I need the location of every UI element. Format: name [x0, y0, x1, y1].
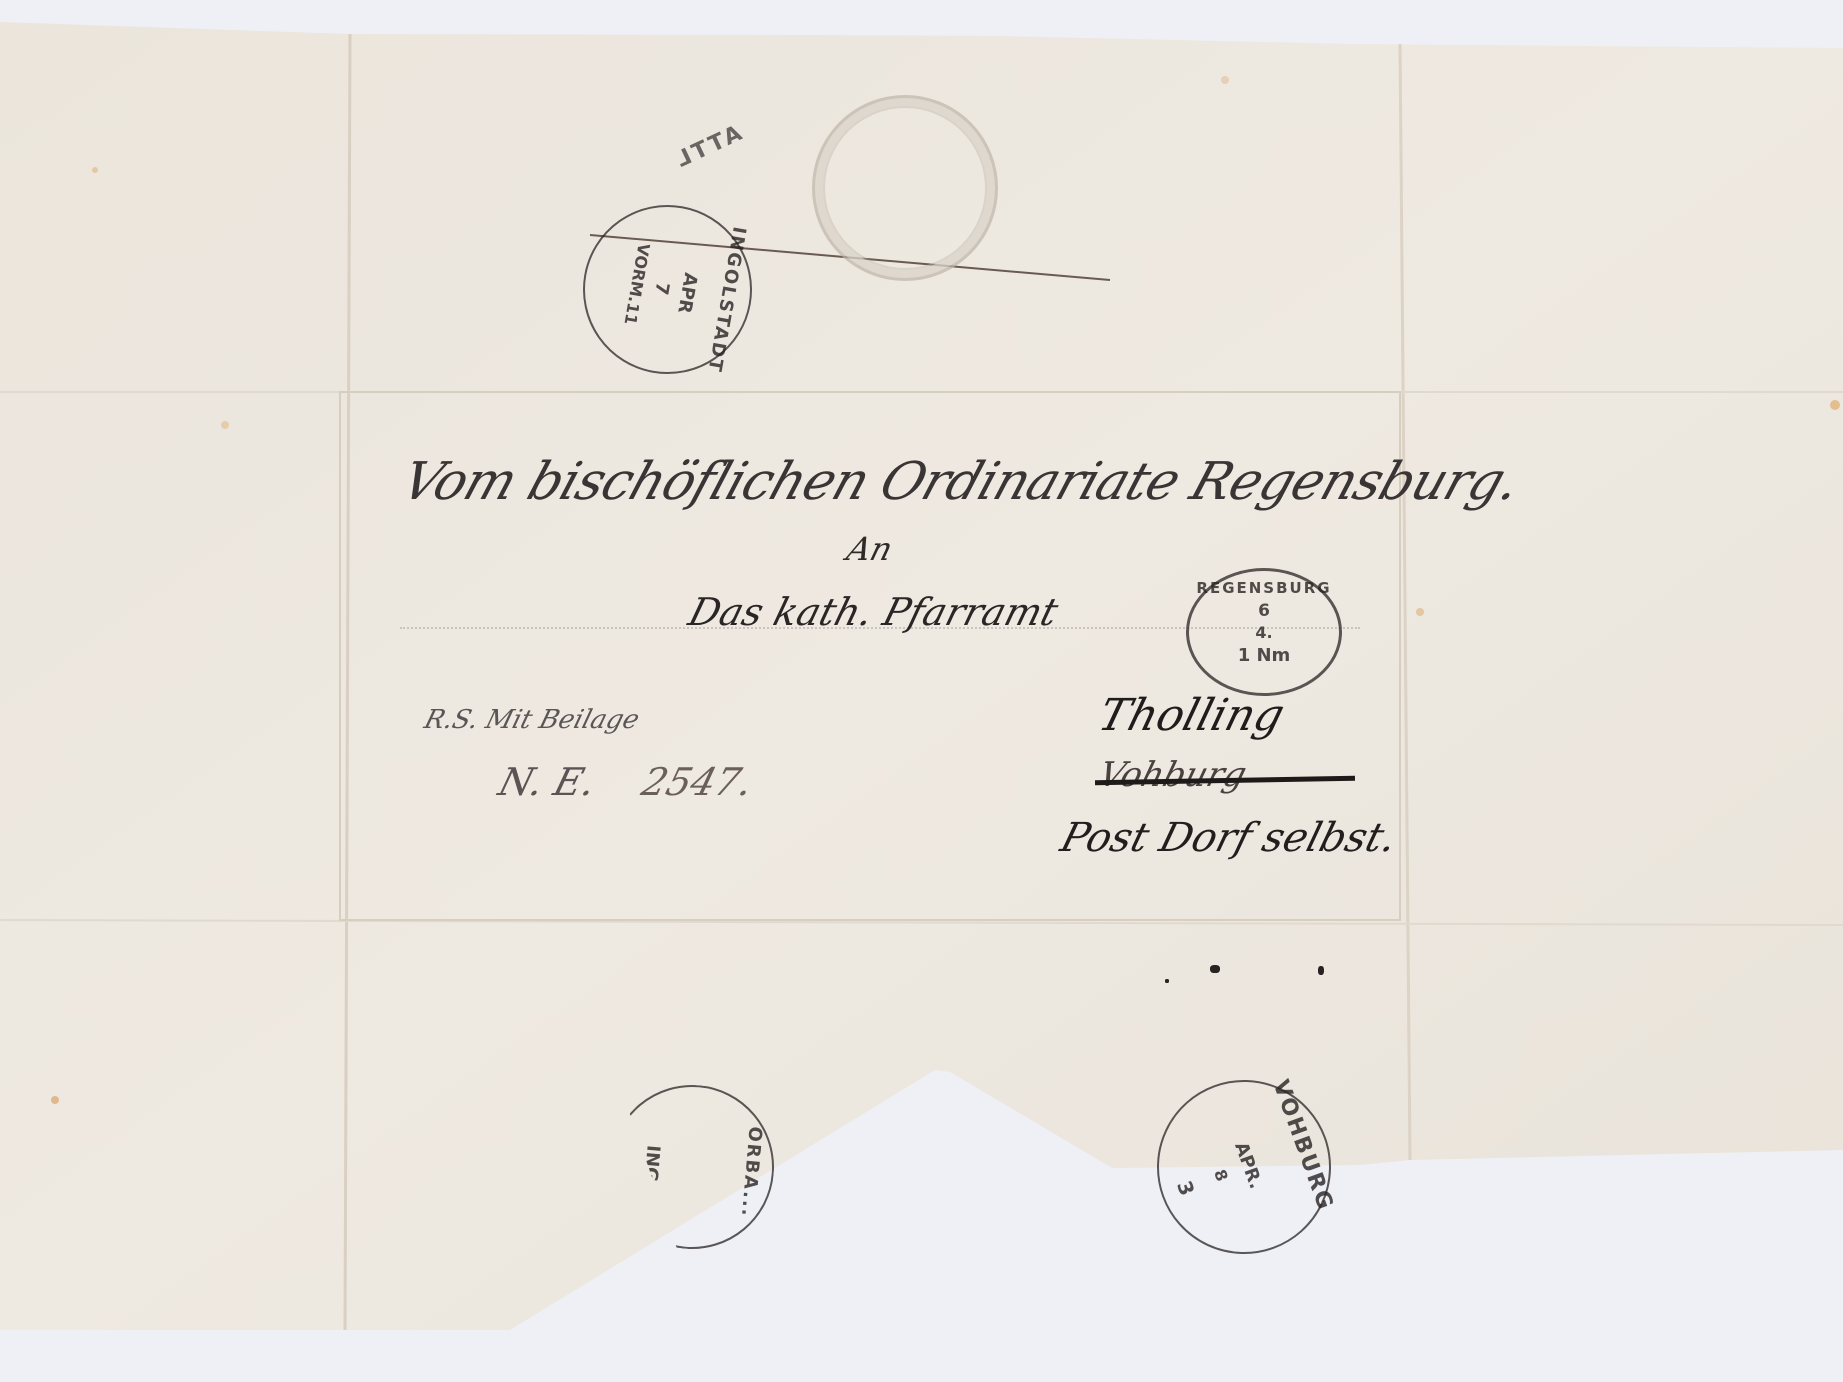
ink-dot	[1165, 979, 1169, 983]
reference: N. E. 2547.	[494, 760, 758, 804]
embossed-seal	[812, 95, 998, 281]
postmark-ring-text: REGENSBURG	[1189, 579, 1339, 597]
reference-prefix: N. E.	[494, 760, 601, 804]
postmark-time: 1 Nm	[1189, 645, 1339, 666]
struck-out-place: Vohburg	[1095, 755, 1251, 795]
postmark-regensburg: REGENSBURG 6 4. 1 Nm	[1186, 568, 1342, 696]
printed-header: Vom bischöflichen Ordinariate Regensburg…	[394, 452, 1527, 512]
postal-note: Post Dorf selbst.	[1056, 815, 1402, 861]
reference-number: 2547.	[637, 760, 758, 804]
enclosure-note: R.S. Mit Beilage	[421, 705, 643, 735]
postmark-day: 6	[1189, 601, 1339, 621]
ink-dot	[1318, 966, 1324, 975]
destination-place: Tholling	[1093, 690, 1290, 741]
letter-photo: ATTL INGOLSTADT APR 7 VORM.11 Vom bischö…	[0, 0, 1843, 1382]
postmark-month: 4.	[1189, 623, 1339, 642]
recipient: Das kath. Pfarramt	[684, 590, 1063, 634]
ink-dot	[1210, 965, 1220, 973]
